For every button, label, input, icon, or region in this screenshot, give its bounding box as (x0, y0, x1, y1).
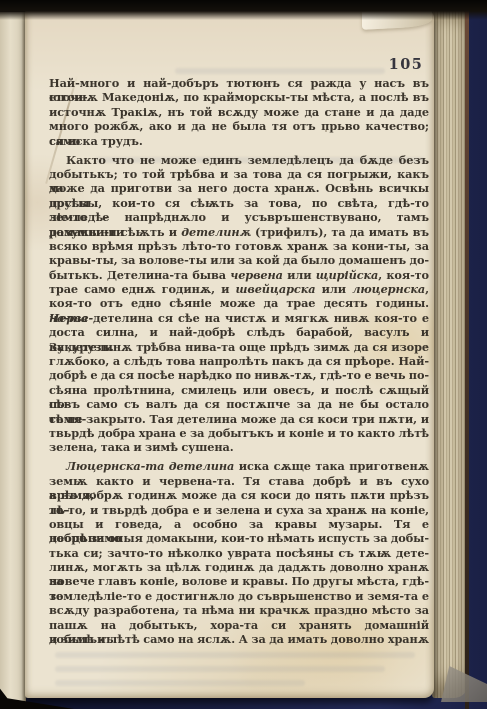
text-line: всѫду разработена, та нѣма ни крачкѫ пра… (49, 603, 429, 617)
text-line: посѣвы, кои-то ся сѣѭть за това, по свѣт… (49, 196, 429, 210)
text-line: линѫ, могѫть за цѣлѫ годинѫ да дадѫть до… (49, 560, 429, 574)
text-segment: земледѣліе-то е достигнѫло до съврьшенст… (49, 589, 429, 603)
show-through-ghost-text (175, 68, 385, 74)
text-line: глѫбоко, а слѣдъ това напролѣть пакъ да … (49, 354, 429, 368)
text-line: зелена, така и зимѣ сушена. (49, 440, 429, 454)
text-line: доста силна, и най-добрѣ слѣдъ барабой, … (49, 325, 429, 339)
text-line: пашѫ на добытькъ, хора-та си хранять дом… (49, 618, 429, 632)
text-line: на-та детелина ся сѣе на чистѫ и мягкѫ н… (49, 311, 429, 325)
book-edge-top (0, 0, 487, 20)
text-segment: тька си; зачто-то нѣколко уврата посѣяны… (49, 546, 429, 560)
text-line: може да приготви за него доста хранѫ. Ос… (49, 181, 429, 195)
text-segment: добрѣ е да ся посѣе нарѣдко по нивѫ-тѫ, … (49, 368, 429, 382)
italic-text-segment: детелинѫ (181, 225, 251, 239)
text-segment: или (283, 268, 316, 282)
text-segment: детелина ся сѣе на чистѫ и мягкѫ нивѫ ко… (88, 311, 429, 325)
text-segment: добро за оныя домакыни, кои-то нѣмать ис… (49, 531, 429, 545)
italic-text-segment: люцернска (352, 282, 425, 296)
italic-text-segment: щирійска (316, 268, 378, 282)
text-segment: трае само еднѫ годинѫ, и (49, 282, 236, 296)
text-line: Люцернска-та детелина иска сѫще така при… (49, 459, 429, 473)
text-line: и зимѣ и лѣтѣ само на яслѫ. А за да имат… (49, 632, 429, 646)
italic-text-segment: Люцернска-та детелина (66, 459, 234, 473)
paragraph: Люцернска-та детелина иска сѫще така при… (49, 459, 429, 646)
text-line: то-то, и твьрдѣ добра е и зелена и суха … (49, 503, 429, 517)
text-segment: всяко врѣмя прѣзъ лѣто-то готовѫ хранѫ з… (49, 239, 429, 253)
adjacent-page-edge (0, 12, 26, 706)
text-line: добро за оныя домакыни, кои-то нѣмать ис… (49, 531, 429, 545)
text-line: коя-то отъ едно сѣяніе може да трае деся… (49, 296, 429, 310)
text-line: кравы-ты, за волове-ты или за кой да был… (49, 253, 429, 267)
text-line: повече главъ коніе, волове и кравы. По д… (49, 574, 429, 588)
text-line: а въ добрѫ годинѫ може да ся коси до пят… (49, 488, 429, 502)
page-number: 105 (377, 56, 435, 73)
text-segment: кравы-ты, за волове-ты или за кой да был… (49, 253, 429, 267)
text-line: Най-много и най-добъръ тютюнъ ся ражда у… (49, 76, 429, 90)
italic-text-segment: червена (230, 268, 283, 282)
text-line: ліе-то е напрѣднѫло и усъвръшенствувано,… (49, 210, 429, 224)
paragraph: Както что не може единъ земледѣлецъ да б… (49, 153, 429, 455)
text-line: источнѫ Тракіѫ, нъ той всѫду може да ста… (49, 105, 429, 119)
text-segment: бытькъ. Детелина-та быва (49, 268, 230, 282)
text-segment: Както что не може единъ земледѣлецъ да б… (66, 153, 429, 167)
text-line: земледѣліе-то е достигнѫло до съврьшенст… (49, 589, 429, 603)
text-segment: ся иска трудъ. (49, 134, 143, 148)
text-segment: или (315, 282, 352, 296)
text-segment: коя-то отъ едно сѣяніе може да трае деся… (49, 296, 429, 310)
text-line: всяко врѣмя прѣзъ лѣто-то готовѫ хранѫ з… (49, 239, 429, 253)
cover-board-edge (465, 0, 469, 709)
text-segment: (трифилъ), та да имать въ (251, 225, 429, 239)
text-segment: глѫбоко, а слѣдъ това напролѣть пакъ да … (49, 354, 429, 368)
text-line: ся иска трудъ. (49, 134, 429, 148)
text-line: земѭ както и червена-та. Тя става добрѣ … (49, 474, 429, 488)
italic-text-segment: швейцарска (236, 282, 316, 296)
text-segment: , коя-то (378, 268, 429, 282)
text-segment: источнѫ Тракіѫ, нъ той всѫду може да ста… (49, 105, 429, 119)
text-line: много рожбѫ, ако и да не была тя отъ прь… (49, 119, 429, 133)
text-line: бытькъ. Детелина-та быва червена или щир… (49, 268, 429, 282)
text-line: то не закрыто. Тая детелина може да ся к… (49, 412, 429, 426)
text-segment: За детелинѫ трѣбва нива-та още прѣдъ зим… (49, 340, 429, 354)
book-page: 105 Най-много и най-добъръ тютюнъ ся раж… (25, 10, 434, 698)
text-line: овцы и говеда, а особно за кравы музары.… (49, 517, 429, 531)
text-segment: то не закрыто. Тая детелина може да ся к… (49, 412, 429, 426)
text-line: сѣвъ само съ валъ да ся постѫпче за да н… (49, 397, 429, 411)
text-line: сточнѫ Македоніѫ, по крайморскы-ты мѣста… (49, 90, 429, 104)
text-line: твьрдѣ добра храна е за добытъкъ и коніе… (49, 426, 429, 440)
text-segment: и зимѣ и лѣтѣ само на яслѫ. А за да имат… (49, 632, 429, 646)
text-segment: зелена, така и зимѣ сушена. (49, 440, 234, 454)
text-segment: всѫду разработена, та нѣма ни крачкѫ пра… (49, 603, 429, 617)
page-text: Най-много и най-добъръ тютюнъ ся ражда у… (49, 76, 429, 646)
text-line: сѣяна пролѣтнина, смилець или овесъ, и п… (49, 383, 429, 397)
book-photo: 105 Най-много и най-добъръ тютюнъ ся раж… (0, 0, 487, 709)
text-line: трае само еднѫ годинѫ, и швейцарска или … (49, 282, 429, 296)
text-line: добытькъ; то той трѣбва и за това да ся … (49, 167, 429, 181)
text-line: Както что не може единъ земледѣлецъ да б… (49, 153, 429, 167)
paragraph: Най-много и най-добъръ тютюнъ ся ражда у… (49, 76, 429, 148)
text-segment: домакыни сѣѭть и (49, 225, 181, 239)
page-edges-stack (432, 8, 468, 698)
text-segment: то-то, и твьрдѣ добра е и зелена и суха … (49, 503, 429, 517)
text-line: домакыни сѣѭть и детелинѫ (трифилъ), та … (49, 225, 429, 239)
text-segment: , (425, 282, 429, 296)
text-line: добрѣ е да ся посѣе нарѣдко по нивѫ-тѫ, … (49, 368, 429, 382)
show-through-ghost-text (55, 680, 305, 686)
italic-text-segment: на-та (49, 311, 88, 325)
text-segment: твьрдѣ добра храна е за добытъкъ и коніе… (49, 426, 429, 440)
show-through-ghost-text (55, 666, 385, 672)
text-segment: иска сѫще така приготвенѫ (234, 459, 429, 473)
text-line: За детелинѫ трѣбва нива-та още прѣдъ зим… (49, 340, 429, 354)
text-segment: сточнѫ Македоніѫ, по крайморскы-ты мѣста… (49, 90, 429, 104)
show-through-ghost-text (55, 652, 415, 658)
text-line: тька си; зачто-то нѣколко уврата посѣяны… (49, 546, 429, 560)
